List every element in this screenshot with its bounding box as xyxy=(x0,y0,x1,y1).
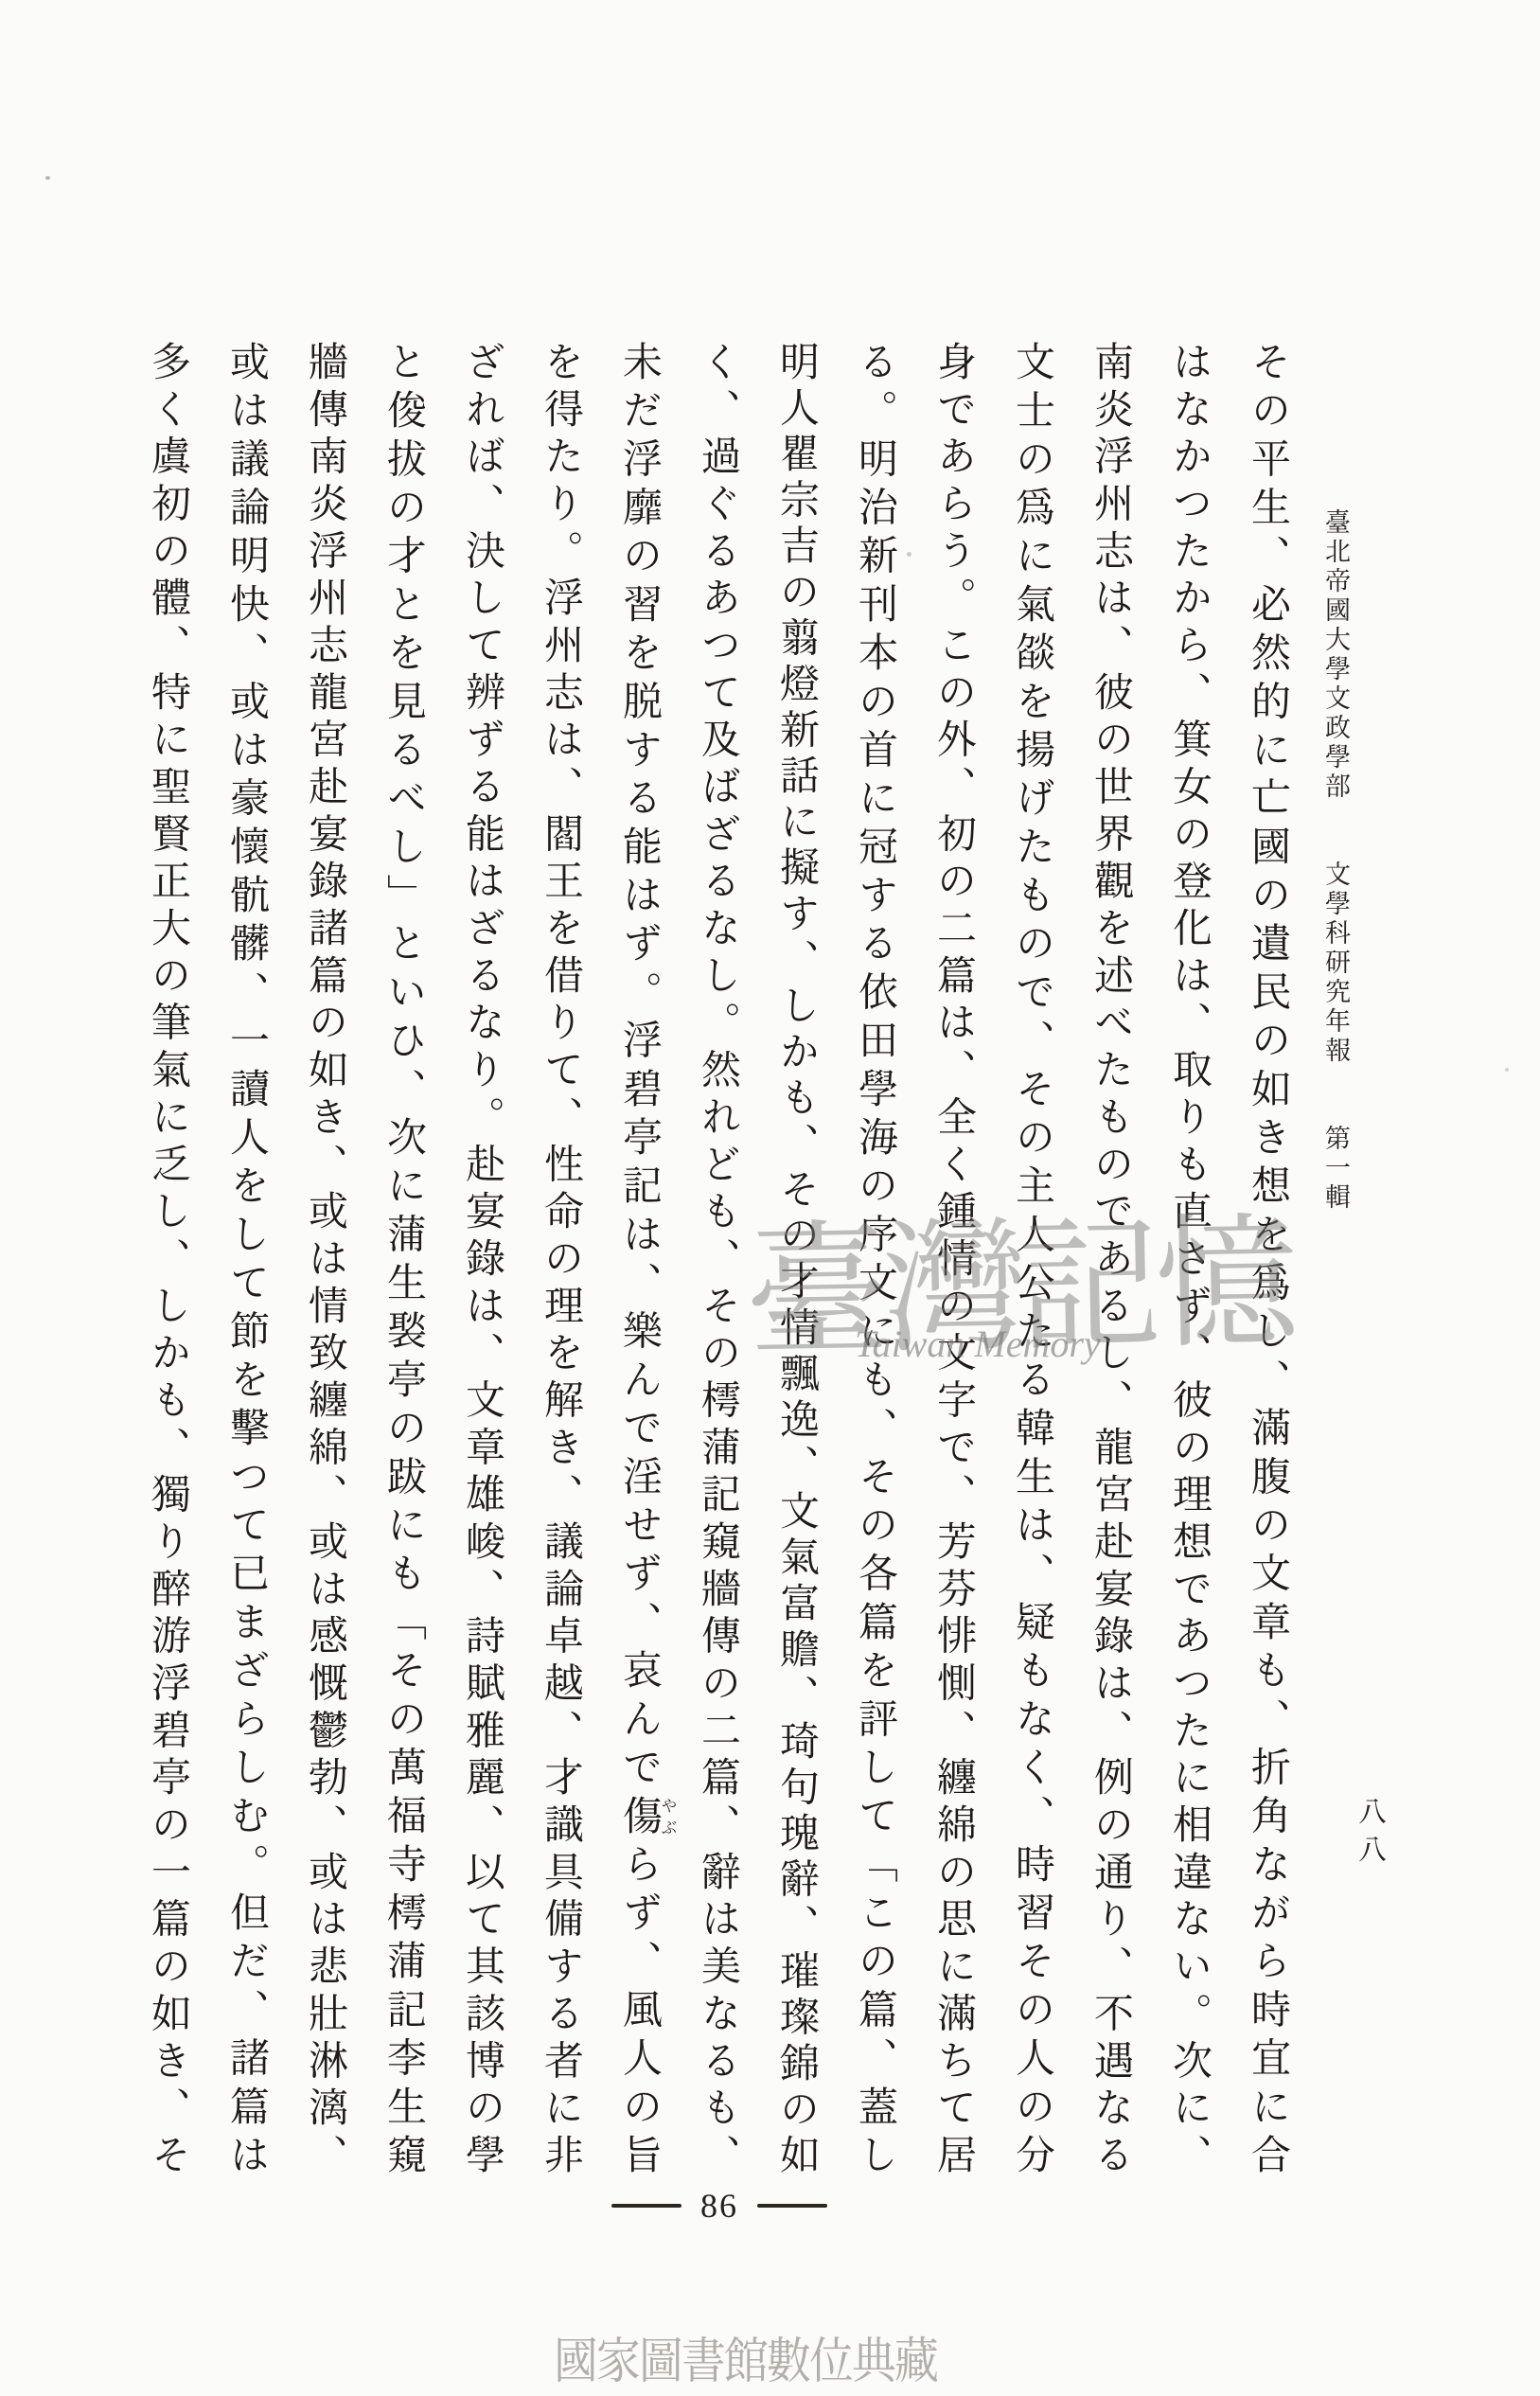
text-column-13: 牆傳南炎浮州志龍宮赴宴錄諸篇の如き、或は情致纏綿、或は感慨鬱勃、或は悲壯淋漓、 xyxy=(285,341,363,2177)
main-text-block: その平生、必然的に亡國の遺民の如き想を爲し、滿腹の文章も、折角ながら時宜に合 は… xyxy=(128,341,1306,2177)
text-column-9-pre: 未だ浮靡の習を脱する能はず。浮碧亭記は、樂んで淫せず、哀んで xyxy=(617,341,661,1795)
text-column-9-post: らず、風人の旨 xyxy=(617,1843,661,2177)
scanned-document-page: 臺北帝國大學文政學部 文學科研究年報 第一輯 八八 その平生、必然的に亡國の遺民… xyxy=(0,0,1540,2396)
text-column-11: ざれば、決して辨ずる能はざるなり。赴宴錄は、文章雄峻、詩賦雅麗、以て其該博の學 xyxy=(442,341,521,2177)
ruby-base: 傷 xyxy=(617,1795,661,1843)
text-column-1: その平生、必然的に亡國の遺民の如き想を爲し、滿腹の文章も、折角ながら時宜に合 xyxy=(1228,341,1306,2177)
page-number-dash-left xyxy=(611,2204,681,2208)
text-column-9-ruby: 傷やぶ xyxy=(617,1795,661,1843)
digitization-stamp: 國家圖書館數位典藏 xyxy=(554,2321,937,2392)
text-column-5: 身であらう。この外、初の二篇は、全く鍾情の文字で、芳芬悱惻、纏綿の思に滿ちて居 xyxy=(913,341,992,2177)
text-column-15: 多く虞初の體、特に聖賢正大の筆氣に乏し、しかも、獨り醉游浮碧亭の一篇の如き、そ xyxy=(128,341,206,2177)
page-number-dash-right xyxy=(757,2204,827,2208)
text-column-8: く、過ぐるあつて及ばざるなし。然れども、その樗蒲記窺牆傳の二篇、辭は美なるも、 xyxy=(678,341,756,2177)
scan-speck xyxy=(1505,1068,1509,1072)
ruby-annotation: やぶ xyxy=(659,1795,677,1838)
scan-speck xyxy=(45,176,50,180)
text-column-14: 或は議論明快、或は豪懷骯髒、一讀人をして節を擊つて已まざらしむ。但だ、諸篇は xyxy=(206,341,285,2177)
text-column-4: 文士の爲に氣燄を揚げたもので、その主人公たる韓生は、疑もなく、時習その人の分 xyxy=(992,341,1071,2177)
running-head: 臺北帝國大學文政學部 文學科研究年報 第一輯 xyxy=(1318,508,1354,1237)
text-column-9: 未だ浮靡の習を脱する能はず。浮碧亭記は、樂んで淫せず、哀んで傷やぶらず、風人の旨 xyxy=(599,341,678,2177)
text-column-12: と俊拔の才とを見るべし」といひ、次に蒲生褧亭の跋にも「その萬福寺樗蒲記李生窺 xyxy=(363,341,442,2177)
text-column-6: る。明治新刊本の首に冠する依田學海の序文にも、その各篇を評して「この篇、蓋し xyxy=(835,341,913,2177)
margin-sheet-number: 八八 xyxy=(1348,1797,1390,1872)
page-number-row: 86 xyxy=(568,2183,871,2228)
page-number: 86 xyxy=(700,2186,738,2226)
text-column-3: 南炎浮州志は、彼の世界觀を述べたものであるし、龍宮赴宴錄は、例の通り、不遇なる xyxy=(1071,341,1149,2177)
text-column-10: を得たり。浮州志は、閻王を借りて、性命の理を解き、議論卓越、才識具備する者に非 xyxy=(521,341,599,2177)
text-column-7: 明人瞿宗吉の翦燈新話に擬す、しかも、その才情飄逸、文氣富贍、琦句瑰辭、璀璨錦の如 xyxy=(756,341,835,2177)
scan-speck xyxy=(907,552,912,557)
text-column-2: はなかつたから、箕女の登化は、取りも直さず、彼の理想であつたに相違ない。次に、 xyxy=(1149,341,1228,2177)
